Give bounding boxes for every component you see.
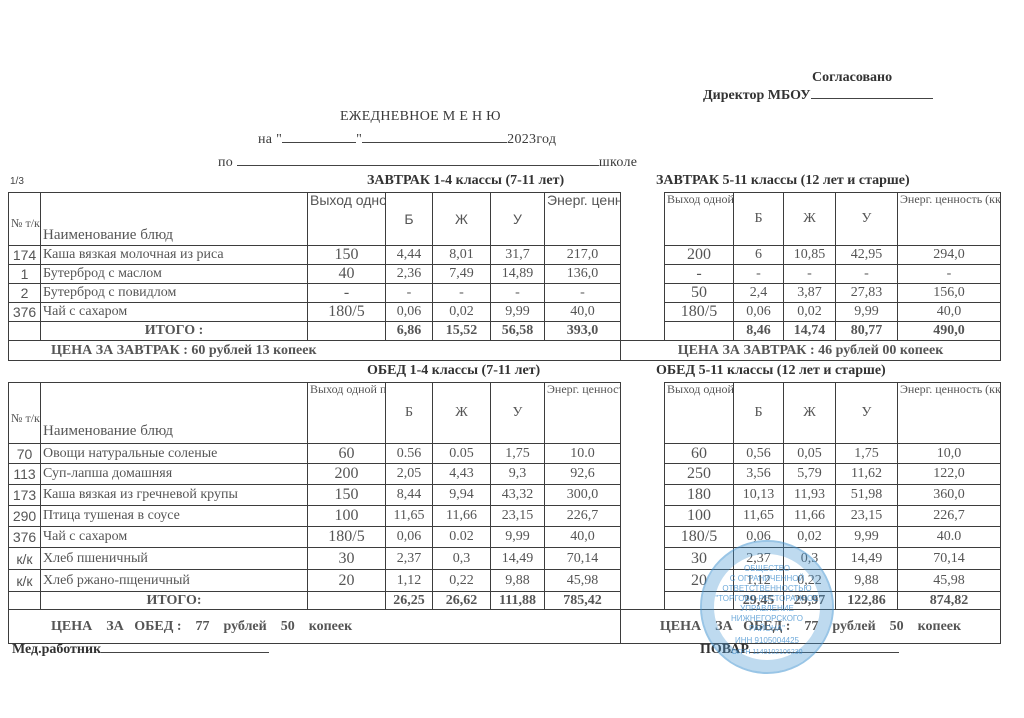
col-name-header: Наименование блюд	[41, 383, 308, 444]
col-protein-header: Б	[386, 193, 433, 246]
price-row: ЦЕНА ЗА ЗАВТРАК : 60 рублей 13 копеек ЦЕ…	[9, 341, 1001, 361]
fat: 9,94	[433, 485, 491, 506]
stamp-line: "ТОРГОВО-РЕСТОРАННОЕ	[702, 594, 832, 604]
breakfast-price-junior: ЦЕНА ЗА ЗАВТРАК : 60 рублей 13 копеек	[9, 341, 621, 361]
col-energy-header: Энерг. ценность (ккал)	[545, 383, 621, 444]
energy-senior: -	[898, 265, 1001, 284]
col-carbs-header-senior: У	[836, 383, 898, 444]
col-protein-header-senior: Б	[734, 193, 784, 246]
fat: 0,22	[433, 570, 491, 592]
medic-signature: Мед.работник	[12, 642, 269, 658]
dish-code: 376	[9, 303, 41, 322]
fat: 0,3	[433, 548, 491, 570]
lunch-price-junior: ЦЕНА ЗА ОБЕД : 77 рублей 50 копеек	[9, 610, 621, 644]
table-row: к/к Хлеб ржано-пщеничный 20 1,12 0,22 9,…	[9, 570, 1001, 592]
energy-senior: 70,14	[898, 548, 1001, 570]
dish-name: Чай с сахаром	[41, 303, 308, 322]
carbs-senior: 27,83	[836, 284, 898, 303]
approval-agreed: Согласовано	[812, 70, 892, 86]
breakfast-table: № т/к Наименование блюд Выход одной порц…	[8, 192, 1001, 361]
total-label: ИТОГО :	[41, 322, 308, 341]
col-portion-header-senior: Выход одной порции,гр	[665, 193, 734, 246]
carbs-senior: 42,95	[836, 246, 898, 265]
portion: 150	[308, 246, 386, 265]
medic-label: Мед.работник	[12, 642, 101, 657]
table-row: 173 Каша вязкая из гречневой крупы 150 8…	[9, 485, 1001, 506]
year-label: 2023год	[507, 132, 556, 147]
total-carbs-senior: 122,86	[836, 592, 898, 610]
protein: 8,44	[386, 485, 433, 506]
portion-senior: -	[665, 265, 734, 284]
carbs: 23,15	[491, 506, 545, 527]
table-gap	[621, 383, 665, 610]
total-code-cell	[9, 592, 41, 610]
protein: 0.56	[386, 444, 433, 464]
portion-senior: 60	[665, 444, 734, 464]
energy-senior: 122,0	[898, 464, 1001, 485]
energy-senior: 10,0	[898, 444, 1001, 464]
table-row: 1 Бутерброд с маслом 40 2,36 7,49 14,89 …	[9, 265, 1001, 284]
fat-senior: 0,05	[784, 444, 836, 464]
table-row: 113 Суп-лапша домашняя 200 2,05 4,43 9,3…	[9, 464, 1001, 485]
carbs: 9,99	[491, 527, 545, 548]
total-label: ИТОГО:	[41, 592, 308, 610]
col-carbs-header-senior: У	[836, 193, 898, 246]
portion-senior: 180	[665, 485, 734, 506]
portion: 40	[308, 265, 386, 284]
date-quote: "	[356, 132, 362, 147]
fat: 0.02	[433, 527, 491, 548]
total-fat-senior: 14,74	[784, 322, 836, 341]
portion-senior: 200	[665, 246, 734, 265]
fat: 4,43	[433, 464, 491, 485]
stamp-line: РАЙОНА"	[702, 624, 832, 634]
carbs-senior: 9,99	[836, 527, 898, 548]
dish-code: 2	[9, 284, 41, 303]
dish-name: Чай с сахаром	[41, 527, 308, 548]
portion: 30	[308, 548, 386, 570]
portion: 200	[308, 464, 386, 485]
col-num-header: № т/к	[9, 383, 41, 444]
carbs: 1,75	[491, 444, 545, 464]
energy: 217,0	[545, 246, 621, 265]
fat: 0,02	[433, 303, 491, 322]
dish-name: Суп-лапша домашняя	[41, 464, 308, 485]
dish-code: 113	[9, 464, 41, 485]
fat-senior: 11,93	[784, 485, 836, 506]
stamp-line: ОБЩЕСТВО	[702, 564, 832, 574]
protein: 2,37	[386, 548, 433, 570]
col-name-header: Наименование блюд	[41, 193, 308, 246]
portion-senior: 100	[665, 506, 734, 527]
protein-senior: 10,13	[734, 485, 784, 506]
month-blank	[362, 142, 507, 143]
col-carbs-header: У	[491, 383, 545, 444]
fat: 7,49	[433, 265, 491, 284]
dish-code: 70	[9, 444, 41, 464]
protein: 1,12	[386, 570, 433, 592]
total-fat: 26,62	[433, 592, 491, 610]
energy: 136,0	[545, 265, 621, 284]
total-carbs-senior: 80,77	[836, 322, 898, 341]
protein: 0,06	[386, 303, 433, 322]
carbs-senior: 51,98	[836, 485, 898, 506]
total-energy: 393,0	[545, 322, 621, 341]
carbs: 9,88	[491, 570, 545, 592]
carbs-senior: 9,88	[836, 570, 898, 592]
protein: 2,05	[386, 464, 433, 485]
fat-senior: 10,85	[784, 246, 836, 265]
protein: 0,06	[386, 527, 433, 548]
carbs: -	[491, 284, 545, 303]
page-title: ЕЖЕДНЕВНОЕ М Е Н Ю	[340, 109, 501, 125]
stamp-line: ИНН 9105004425	[702, 636, 832, 646]
col-protein-header-senior: Б	[734, 383, 784, 444]
table-row: 376 Чай с сахаром 180/5 0,06 0.02 9,99 4…	[9, 527, 1001, 548]
carbs: 9,3	[491, 464, 545, 485]
protein-senior: 2,4	[734, 284, 784, 303]
col-fat-header: Ж	[433, 383, 491, 444]
price-row: ЦЕНА ЗА ОБЕД : 77 рублей 50 копеек ЦЕНА …	[9, 610, 1001, 644]
total-row: ИТОГО : 6,86 15,52 56,58 393,0 8,46 14,7…	[9, 322, 1001, 341]
breakfast-price-senior: ЦЕНА ЗА ЗАВТРАК : 46 рублей 00 копеек	[621, 341, 1001, 361]
date-line: на ""2023год	[258, 132, 556, 148]
carbs-senior: 11,62	[836, 464, 898, 485]
fat: 0.05	[433, 444, 491, 464]
lunch-junior-title: ОБЕД 1-4 классы (7-11 лет)	[367, 363, 540, 379]
table-row: 70 Овощи натуральные соленые 60 0.56 0.0…	[9, 444, 1001, 464]
fat-senior: 11,66	[784, 506, 836, 527]
protein-senior: 0,56	[734, 444, 784, 464]
table-row: к/к Хлеб пшеничный 30 2,37 0,3 14,49 70,…	[9, 548, 1001, 570]
energy-senior: 294,0	[898, 246, 1001, 265]
breakfast-junior-title: ЗАВТРАК 1-4 классы (7-11 лет)	[367, 173, 564, 189]
portion: 180/5	[308, 527, 386, 548]
energy-senior: 360,0	[898, 485, 1001, 506]
carbs: 14,49	[491, 548, 545, 570]
lunch-table: № т/к Наименование блюд Выход одной порц…	[8, 382, 1001, 644]
portion: 100	[308, 506, 386, 527]
portion-senior: 180/5	[665, 303, 734, 322]
portion-senior: 180/5	[665, 527, 734, 548]
dish-code: 1	[9, 265, 41, 284]
table-row: 174 Каша вязкая молочная из риса 150 4,4…	[9, 246, 1001, 265]
protein-senior: 0,06	[734, 303, 784, 322]
breakfast-senior-title: ЗАВТРАК 5-11 классы (12 лет и старше)	[656, 173, 910, 189]
protein: 11,65	[386, 506, 433, 527]
stamp-line: ОТВЕТСТВЕННОСТЬЮ	[702, 584, 832, 594]
dish-code: 173	[9, 485, 41, 506]
dish-code: 290	[9, 506, 41, 527]
col-protein-header: Б	[386, 383, 433, 444]
stamp-line: С ОГРАНИЧЕННОЙ	[702, 574, 832, 584]
total-energy-senior: 490,0	[898, 322, 1001, 341]
table-row: 2 Бутерброд с повидлом - - - - - 50 2,4 …	[9, 284, 1001, 303]
school-suffix: школе	[599, 155, 637, 170]
total-energy-senior: 874,82	[898, 592, 1001, 610]
stamp-line: НИЖНЕГОРСКОГО	[702, 614, 832, 624]
col-energy-header-senior: Энерг. ценность (ккал)	[898, 193, 1001, 246]
energy-senior: 45,98	[898, 570, 1001, 592]
carbs-senior: 14,49	[836, 548, 898, 570]
dish-name: Хлеб пшеничный	[41, 548, 308, 570]
official-stamp-icon: ОБЩЕСТВО С ОГРАНИЧЕННОЙ ОТВЕТСТВЕННОСТЬЮ…	[700, 540, 834, 674]
total-portion-cell-senior	[665, 322, 734, 341]
day-blank	[282, 142, 356, 143]
school-line: по школе	[218, 155, 637, 171]
col-carbs-header: У	[491, 193, 545, 246]
fat: 11,66	[433, 506, 491, 527]
total-code-cell	[9, 322, 41, 341]
breakfast-header-row: № т/к Наименование блюд Выход одной порц…	[9, 193, 1001, 246]
stamp-line: УПРАВЛЕНИЕ	[702, 604, 832, 614]
total-row: ИТОГО: 26,25 26,62 111,88 785,42 29,45 2…	[9, 592, 1001, 610]
total-carbs: 111,88	[491, 592, 545, 610]
dish-name: Бутерброд с повидлом	[41, 284, 308, 303]
energy: 70,14	[545, 548, 621, 570]
col-energy-header-senior: Энерг. ценность (ккал)	[898, 383, 1001, 444]
col-fat-header-senior: Ж	[784, 193, 836, 246]
dish-name: Овощи натуральные соленые	[41, 444, 308, 464]
protein-senior: -	[734, 265, 784, 284]
table-row: 376 Чай с сахаром 180/5 0,06 0,02 9,99 4…	[9, 303, 1001, 322]
carbs-senior: -	[836, 265, 898, 284]
total-protein: 6,86	[386, 322, 433, 341]
carbs-senior: 23,15	[836, 506, 898, 527]
school-prefix: по	[218, 155, 233, 170]
energy: 300,0	[545, 485, 621, 506]
lunch-senior-title: ОБЕД 5-11 классы (12 лет и старше)	[656, 363, 886, 379]
fat-senior: -	[784, 265, 836, 284]
page-marker: 1/3	[10, 176, 24, 187]
director-signature-line	[811, 98, 933, 99]
portion-senior: 50	[665, 284, 734, 303]
portion: 20	[308, 570, 386, 592]
total-energy: 785,42	[545, 592, 621, 610]
energy-senior: 40.0	[898, 527, 1001, 548]
fat: -	[433, 284, 491, 303]
carbs-senior: 1,75	[836, 444, 898, 464]
col-num-header: № т/к	[9, 193, 41, 246]
stamp-line: ОГРН 1149102106230	[702, 648, 832, 658]
protein-senior: 3,56	[734, 464, 784, 485]
carbs: 43,32	[491, 485, 545, 506]
protein: 2,36	[386, 265, 433, 284]
energy: 45,98	[545, 570, 621, 592]
energy: 40,0	[545, 303, 621, 322]
total-portion-cell	[308, 592, 386, 610]
table-gap	[621, 193, 665, 341]
school-blank	[237, 165, 599, 166]
portion: -	[308, 284, 386, 303]
col-portion-header: Выход одной порции,гр	[308, 383, 386, 444]
protein: -	[386, 284, 433, 303]
fat-senior: 3,87	[784, 284, 836, 303]
col-fat-header-senior: Ж	[784, 383, 836, 444]
energy-senior: 40,0	[898, 303, 1001, 322]
dish-name: Бутерброд с маслом	[41, 265, 308, 284]
approval-director: Директор МБОУ	[703, 88, 933, 104]
total-portion-cell	[308, 322, 386, 341]
portion: 60	[308, 444, 386, 464]
fat: 8,01	[433, 246, 491, 265]
lunch-header-row: № т/к Наименование блюд Выход одной порц…	[9, 383, 1001, 444]
carbs: 31,7	[491, 246, 545, 265]
carbs: 9,99	[491, 303, 545, 322]
protein: 4,44	[386, 246, 433, 265]
portion-senior: 250	[665, 464, 734, 485]
date-prefix: на "	[258, 132, 282, 147]
col-portion-header: Выход одной порции,гр	[308, 193, 386, 246]
dish-name: Птица тушеная в соусе	[41, 506, 308, 527]
carbs-senior: 9,99	[836, 303, 898, 322]
total-fat: 15,52	[433, 322, 491, 341]
dish-code: 376	[9, 527, 41, 548]
fat-senior: 0,02	[784, 303, 836, 322]
dish-code: к/к	[9, 570, 41, 592]
dish-name: Хлеб ржано-пщеничный	[41, 570, 308, 592]
table-row: 290 Птица тушеная в соусе 100 11,65 11,6…	[9, 506, 1001, 527]
dish-code: к/к	[9, 548, 41, 570]
total-protein: 26,25	[386, 592, 433, 610]
energy: 226,7	[545, 506, 621, 527]
energy-senior: 226,7	[898, 506, 1001, 527]
col-energy-header: Энерг. ценность (ккал)	[545, 193, 621, 246]
total-carbs: 56,58	[491, 322, 545, 341]
dish-name: Каша вязкая молочная из риса	[41, 246, 308, 265]
protein-senior: 11,65	[734, 506, 784, 527]
energy: 10.0	[545, 444, 621, 464]
medic-signature-line	[101, 652, 269, 653]
total-protein-senior: 8,46	[734, 322, 784, 341]
dish-name: Каша вязкая из гречневой крупы	[41, 485, 308, 506]
energy-senior: 156,0	[898, 284, 1001, 303]
energy: -	[545, 284, 621, 303]
energy: 92,6	[545, 464, 621, 485]
portion: 180/5	[308, 303, 386, 322]
energy: 40,0	[545, 527, 621, 548]
col-portion-header-senior: Выход одной порции,г	[665, 383, 734, 444]
portion: 150	[308, 485, 386, 506]
carbs: 14,89	[491, 265, 545, 284]
dish-code: 174	[9, 246, 41, 265]
protein-senior: 6	[734, 246, 784, 265]
director-label: Директор МБОУ	[703, 88, 811, 103]
fat-senior: 5,79	[784, 464, 836, 485]
col-fat-header: Ж	[433, 193, 491, 246]
